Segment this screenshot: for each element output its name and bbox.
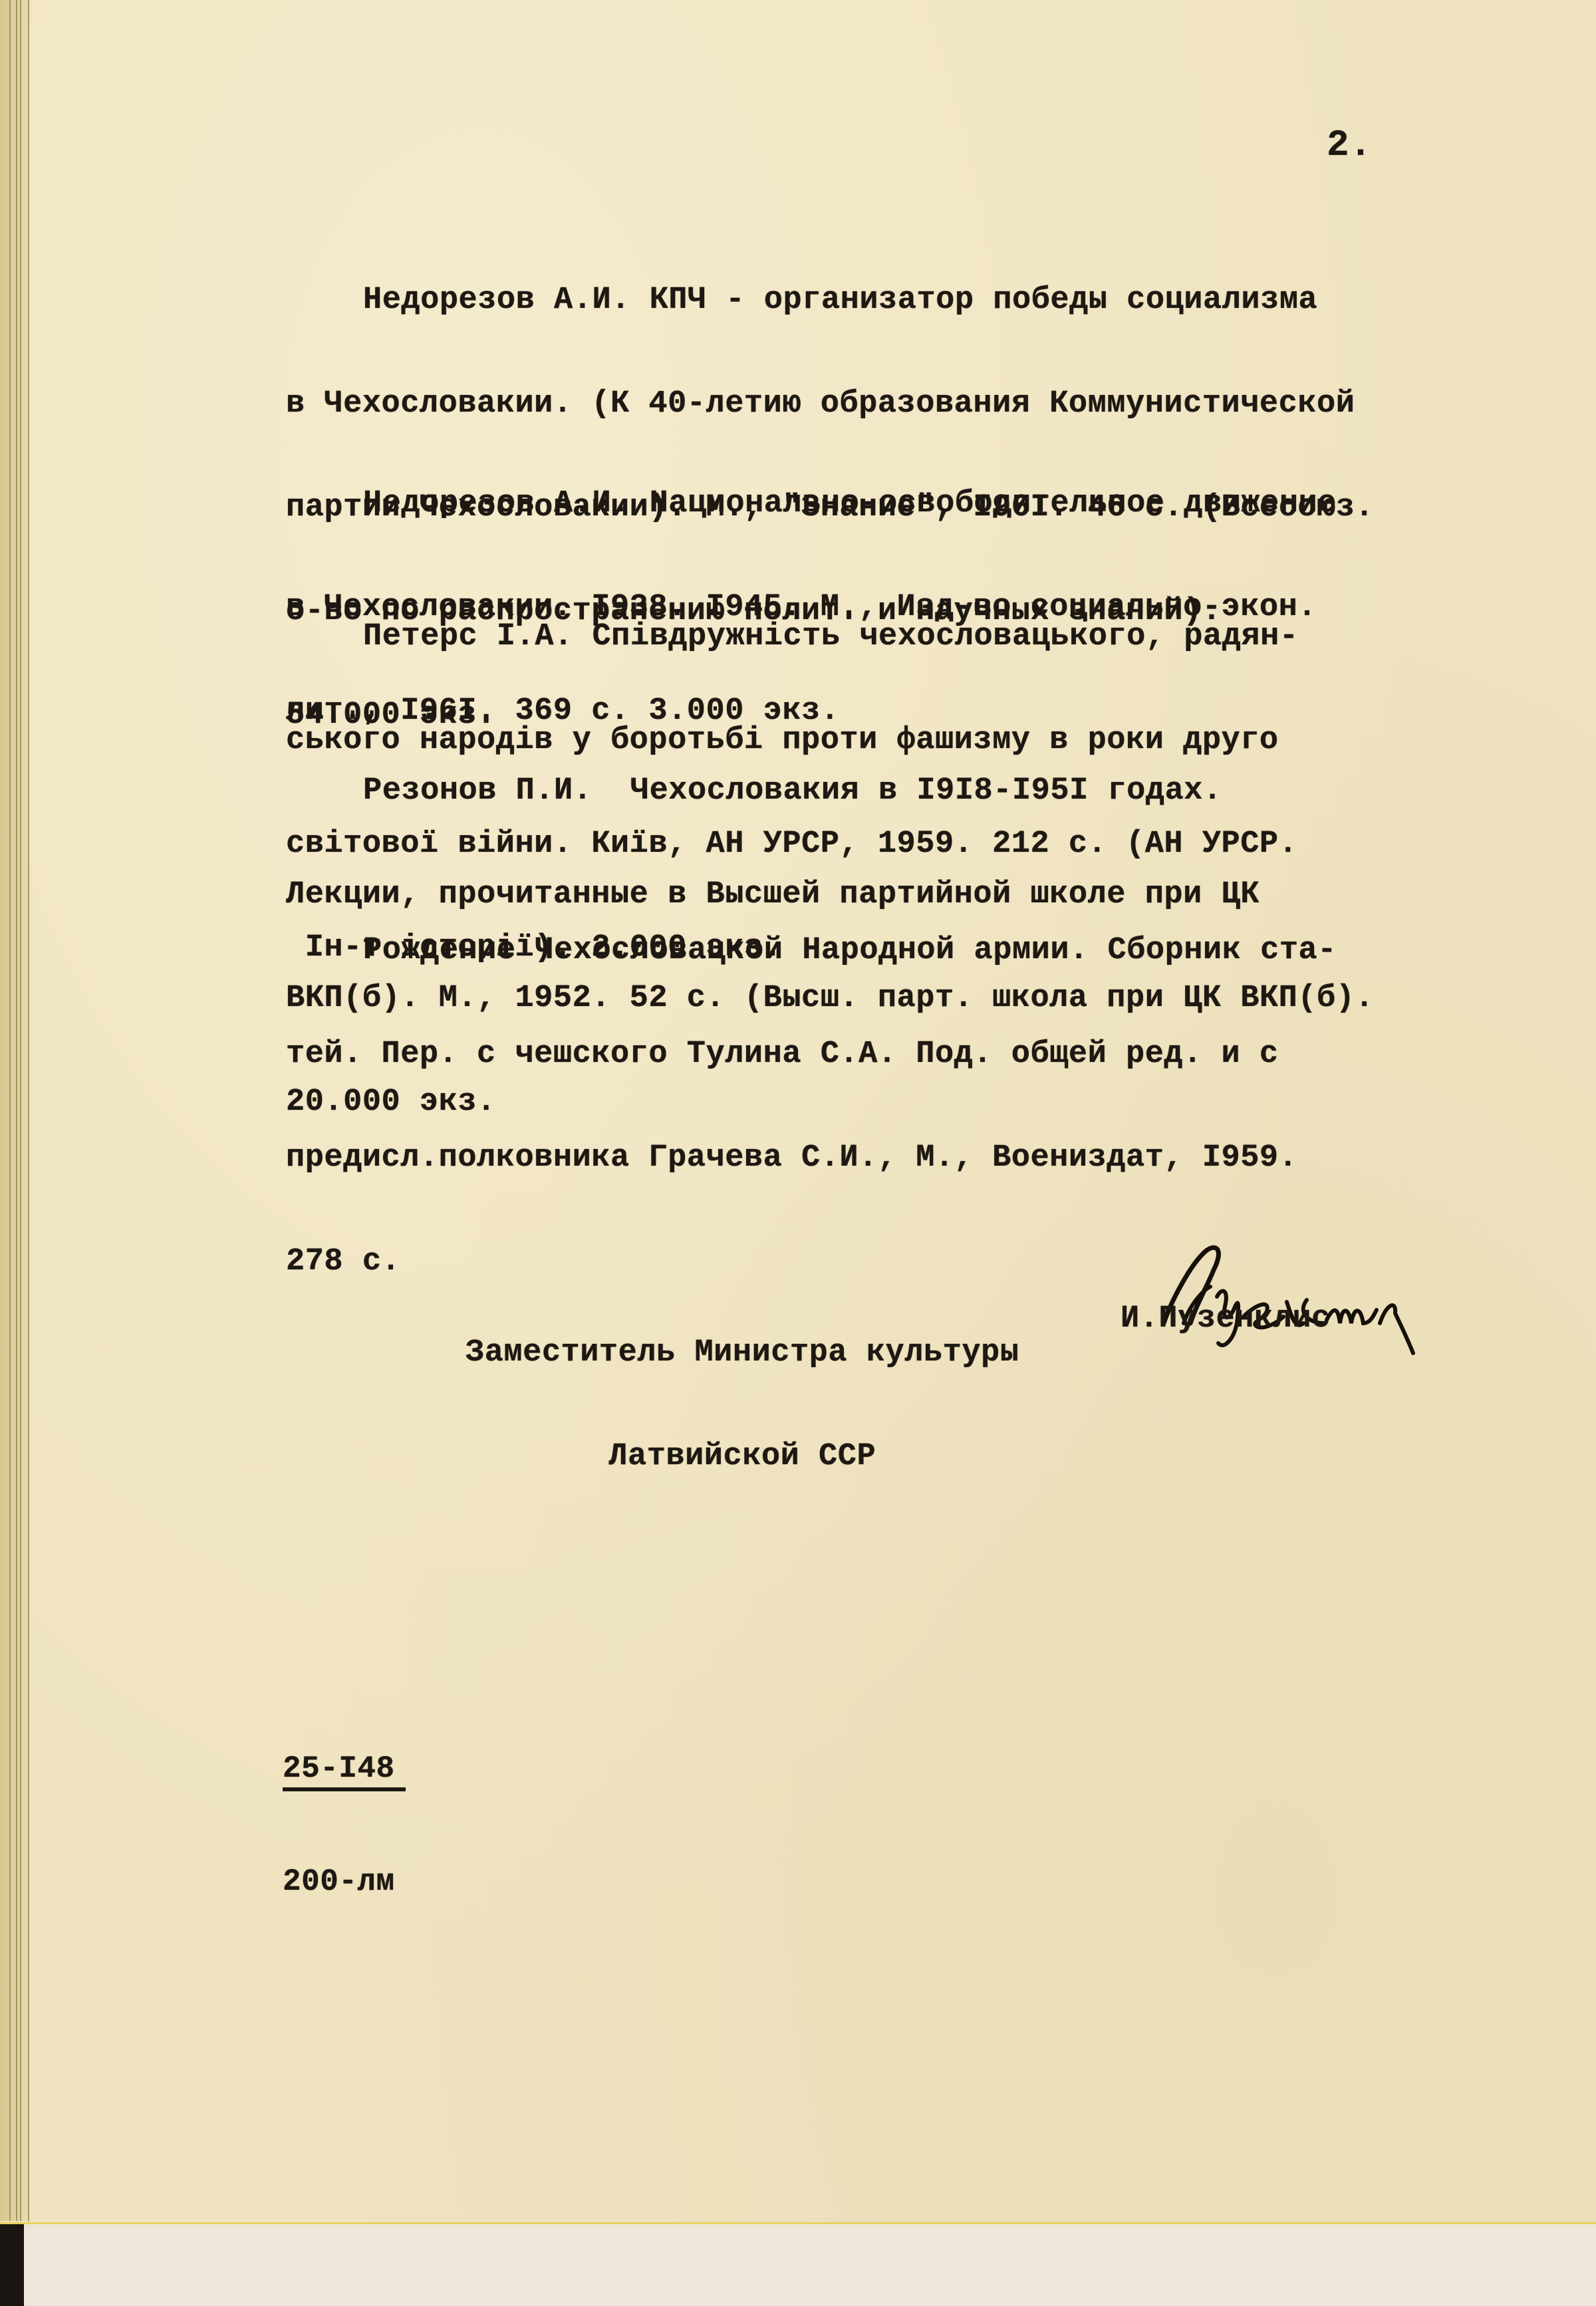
entry-line: Петерс І.А. Співдружність чехословацьког… <box>286 620 1299 654</box>
document-page: 2. Недорезов А.И. КПЧ - организатор побе… <box>0 0 1596 2224</box>
page-edge-line <box>20 0 21 2221</box>
handwritten-signature <box>1144 1223 1503 1356</box>
entry-line: Рождение Чехословацкой Народной армии. С… <box>286 934 1337 968</box>
footer-code: 25-I48 200-лм <box>283 1682 406 1968</box>
order-number: 25-I48 <box>283 1751 406 1791</box>
signatory-title-line: Латвийской ССР <box>465 1440 1019 1474</box>
page-number: 2. <box>1327 128 1372 162</box>
page-edge-line <box>9 0 11 2221</box>
underlying-sheet <box>24 2224 1596 2306</box>
page-edge-line <box>16 0 17 2221</box>
entry-line: предисл.полковника Грачева С.И., М., Вое… <box>286 1141 1337 1176</box>
entry-line: тей. Пер. с чешского Тулина С.А. Под. об… <box>286 1037 1337 1072</box>
copies-count: 200-лм <box>283 1864 406 1899</box>
signatory-name: И.Пузенклис <box>1121 1302 1331 1337</box>
scanner-background <box>0 2214 24 2306</box>
page-stack-edge <box>0 0 29 2221</box>
entry-line: в Чехословакии. (К 40-летию образования … <box>286 387 1374 422</box>
signatory-title-line: Заместитель Министра культуры <box>465 1336 1019 1370</box>
entry-line: Недорезов А.И. Национально-освободительн… <box>286 487 1337 521</box>
entry-line: Недорезов А.И. КПЧ - организатор победы … <box>286 283 1374 318</box>
page-edge-line <box>28 0 29 2221</box>
entry-line: Резонов П.И. Чехословакия в I9I8-I95I го… <box>286 774 1374 809</box>
signatory-title: Заместитель Министра культуры Латвийской… <box>465 1267 1019 1543</box>
